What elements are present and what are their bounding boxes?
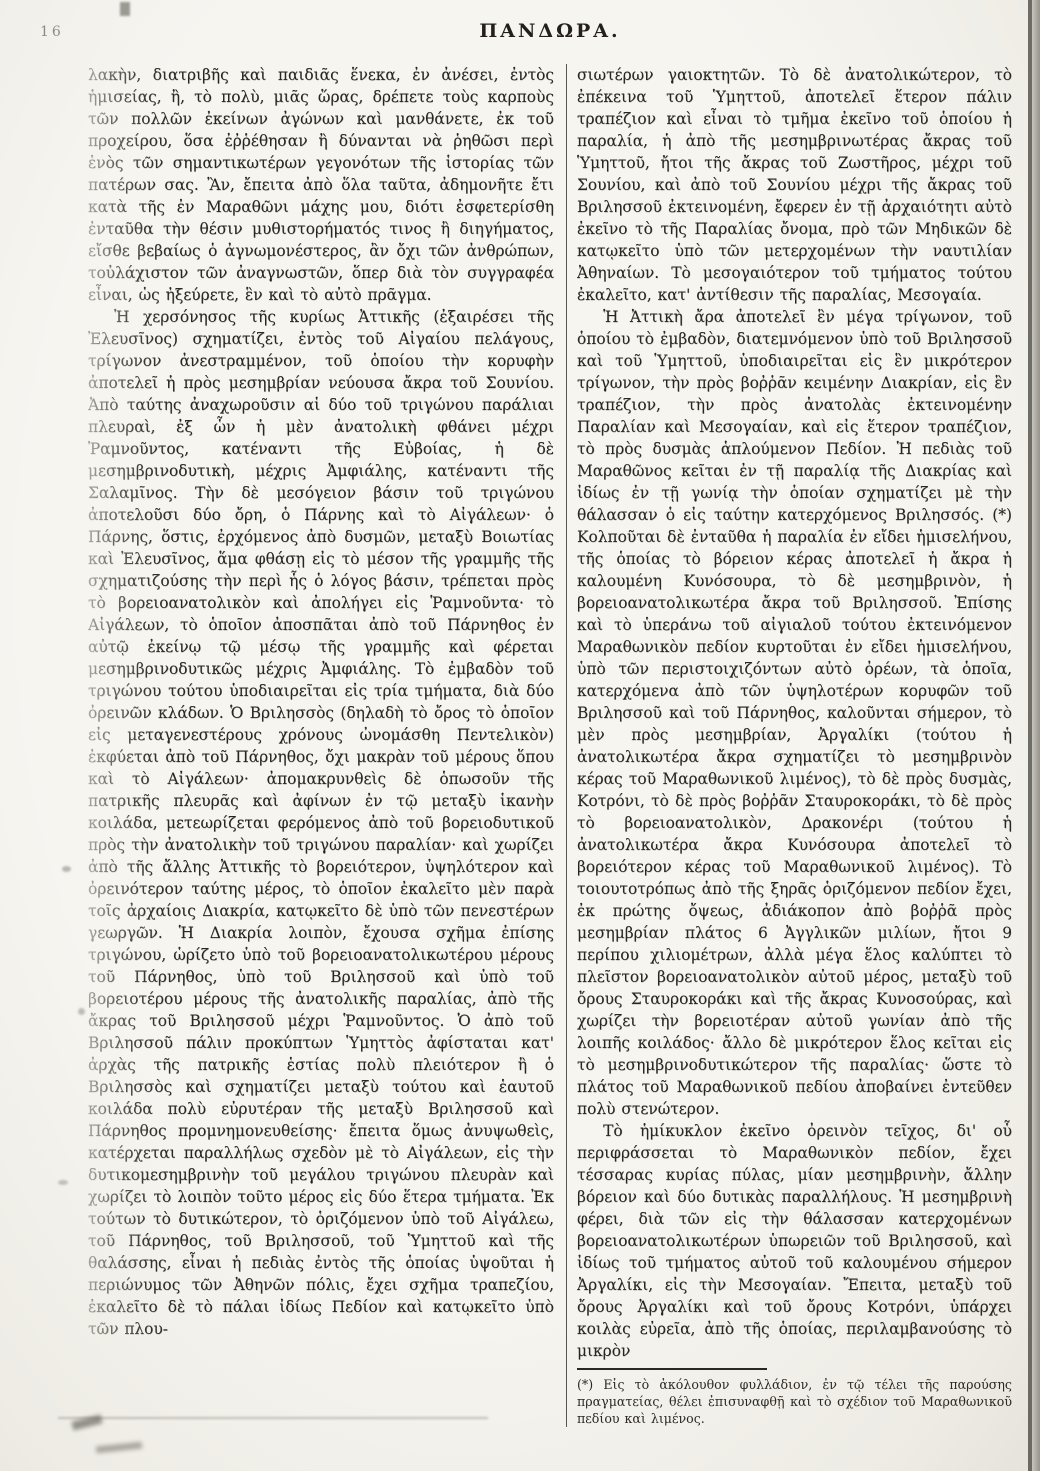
paragraph-continuation: λακὴν, διατριβῆς καὶ παιδιᾶς ἕνεκα, ἐν ἀ…: [88, 64, 554, 306]
footnote-marker: (*): [577, 1377, 593, 1392]
footnote-divider: [577, 1368, 767, 1370]
ink-speck: [58, 1180, 68, 1185]
scanned-page: 16 ΠΑΝΔΩΡΑ. λακὴν, διατριβῆς καὶ παιδιᾶς…: [0, 0, 1040, 1471]
paragraph: Τὸ ἡμίκυκλον ἐκεῖνο ὀρεινὸν τεῖχος, δι' …: [577, 1120, 1012, 1360]
text-columns: λακὴν, διατριβῆς καὶ παιδιᾶς ἕνεκα, ἐν ἀ…: [88, 64, 1012, 1427]
ink-speck: [78, 1008, 85, 1015]
paragraph: Ἡ Ἀττικὴ ἄρα ἀποτελεῖ ἓν μέγα τρίγωνον, …: [577, 306, 1012, 1120]
footnote-text: (*) Εἰς τὸ ἀκόλουθον φυλλάδιον, ἐν τῷ τέ…: [577, 1376, 1012, 1427]
ink-smudge: [96, 1442, 142, 1454]
right-column: σιωτέρων γαιοκτητῶν. Τὸ δὲ ἀνατολικώτερο…: [566, 64, 1012, 1427]
ink-speck: [62, 866, 71, 872]
page-edge-strip: [1032, 0, 1040, 1471]
running-title: ΠΑΝΔΩΡΑ.: [479, 20, 620, 42]
footnote-body: Εἰς τὸ ἀκόλουθον φυλλάδιον, ἐν τῷ τέλει …: [577, 1377, 1012, 1426]
paragraph: Ἡ χερσόνησος τῆς κυρίως Ἀττικῆς (ἐξαιρέσ…: [88, 306, 554, 1340]
right-column-text: σιωτέρων γαιοκτητῶν. Τὸ δὲ ἀνατολικώτερο…: [577, 64, 1012, 1360]
page-header: ΠΑΝΔΩΡΑ.: [88, 20, 1012, 42]
paragraph-continuation: σιωτέρων γαιοκτητῶν. Τὸ δὲ ἀνατολικώτερο…: [577, 64, 1012, 306]
ink-mark-top-left: [120, 2, 130, 16]
scan-streak: [58, 1417, 488, 1419]
page-number: 16: [40, 24, 64, 40]
left-column: λακὴν, διατριβῆς καὶ παιδιᾶς ἕνεκα, ἐν ἀ…: [88, 64, 566, 1427]
footnote: (*) Εἰς τὸ ἀκόλουθον φυλλάδιον, ἐν τῷ τέ…: [577, 1368, 1012, 1427]
